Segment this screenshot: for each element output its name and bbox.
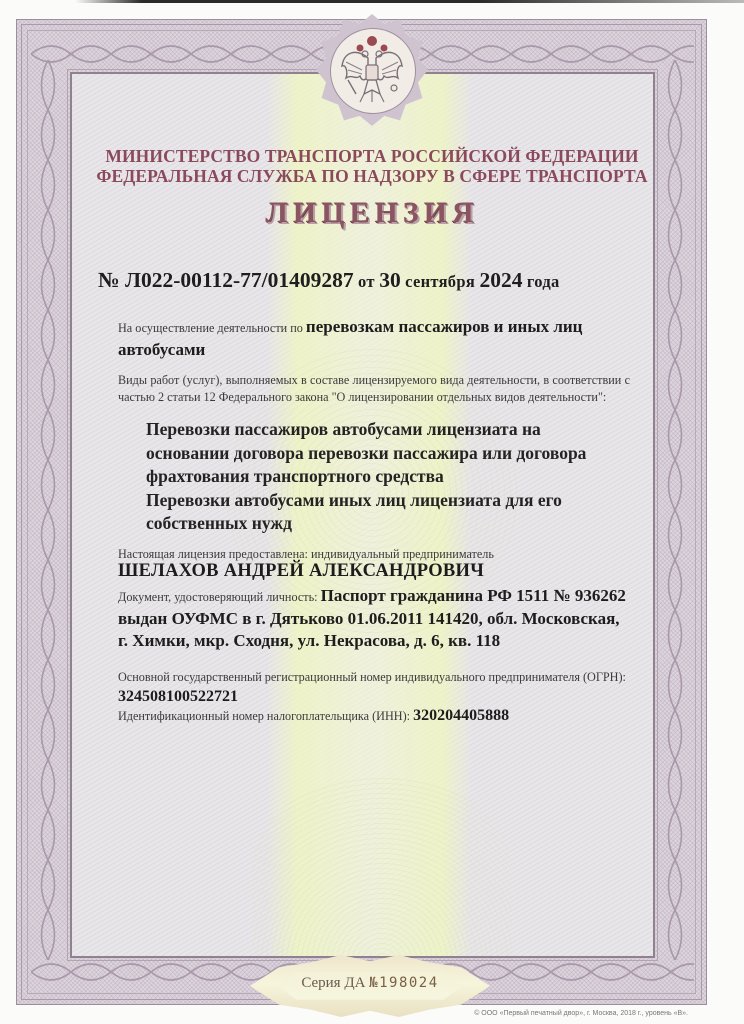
date-prefix: от: [354, 272, 380, 291]
date-month: сентября: [401, 272, 480, 291]
border-wave-right: [660, 60, 690, 960]
activity-label: На осуществление деятельности по: [118, 321, 306, 335]
serial-label: Серия ДА: [301, 975, 369, 991]
document-title: ЛИЦЕНЗИЯ: [70, 196, 674, 230]
double-headed-eagle-icon: [338, 32, 406, 108]
coat-of-arms-emblem: [316, 14, 428, 126]
license-number-line: № Л022-00112-77/01409287 от 30 сентября …: [98, 268, 560, 293]
ogrn-value: 324508100522721: [118, 688, 238, 705]
printer-note: © ООО «Первый печатный двор», г. Москва,…: [474, 1010, 688, 1017]
ogrn-block: Основной государственный регистрационный…: [118, 667, 630, 706]
works-label: Виды работ (услуг), выполняемых в состав…: [118, 372, 630, 406]
date-suffix: года: [522, 272, 559, 291]
id-document-block: Документ, удостоверяющий личность: Паспо…: [118, 585, 628, 652]
license-number: № Л022-00112-77/01409287: [98, 268, 354, 292]
id-document-label: Документ, удостоверяющий личность:: [118, 590, 321, 604]
date-year: 2024: [479, 268, 522, 292]
works-item: Перевозки пассажиров автобусами лицензиа…: [146, 418, 626, 489]
ogrn-label: Основной государственный регистрационный…: [118, 670, 626, 684]
inn-value: 320204405888: [413, 707, 509, 724]
inn-block: Идентификационный номер налогоплательщик…: [118, 706, 630, 726]
activity-block: На осуществление деятельности по перевоз…: [118, 316, 630, 361]
serial-number: Серия ДА №198024: [250, 975, 490, 992]
inn-label: Идентификационный номер налогоплательщик…: [118, 709, 413, 723]
border-wave-left: [33, 60, 63, 960]
grantee-name: ШЕЛАХОВ АНДРЕЙ АЛЕКСАНДРОВИЧ: [118, 562, 630, 581]
serial-plate: Серия ДА №198024: [250, 955, 490, 1017]
service-name: ФЕДЕРАЛЬНАЯ СЛУЖБА ПО НАДЗОРУ В СФЕРЕ ТР…: [70, 164, 674, 188]
date-day: 30: [379, 268, 401, 292]
serial-value: №198024: [369, 975, 439, 991]
works-list: Перевозки пассажиров автобусами лицензиа…: [146, 418, 626, 536]
guilloche-rosette-bottom: [252, 774, 512, 958]
works-item: Перевозки автобусами иных лиц лицензиата…: [146, 489, 626, 536]
scan-edge-shadow: [75, 0, 744, 3]
